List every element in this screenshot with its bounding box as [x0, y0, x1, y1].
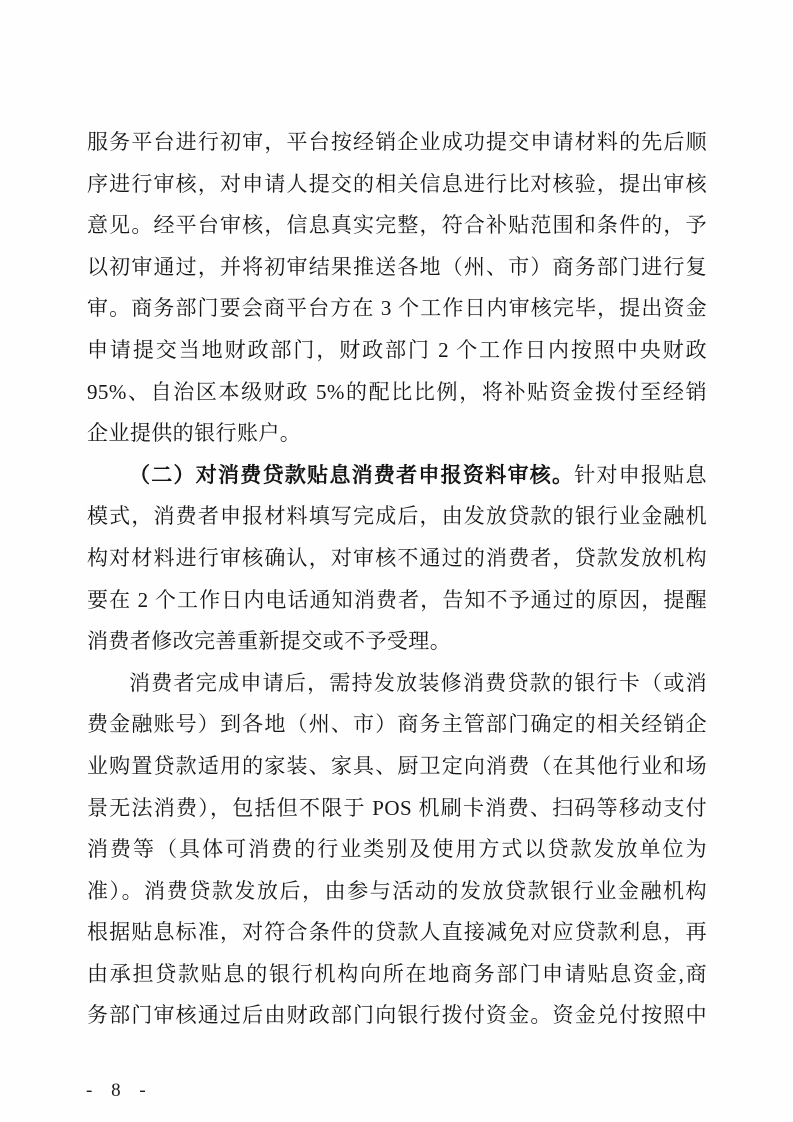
text-line: 消费等（具体可消费的行业类别及使用方式以贷款发放单位为 [87, 829, 707, 871]
text-line: 根据贴息标准，对符合条件的贷款人直接减免对应贷款利息，再 [87, 912, 707, 954]
body-text: 准）。消费贷款发放后，由参与活动的发放贷款银行业金融机构 [87, 879, 707, 903]
body-text: 务部门审核通过后由财政部门向银行拨付资金。资金兑付按照中 [87, 1003, 707, 1027]
body-text: 消费等（具体可消费的行业类别及使用方式以贷款发放单位为 [87, 837, 707, 861]
text-line: 业购置贷款适用的家装、家具、厨卫定向消费（在其他行业和场 [87, 746, 707, 788]
body-text: 以初审通过，并将初审结果推送各地（州、市）商务部门进行复 [87, 255, 707, 279]
body-text: 由承担贷款贴息的银行机构向所在地商务部门申请贴息资金,商 [87, 962, 707, 986]
text-line: 准）。消费贷款发放后，由参与活动的发放贷款银行业金融机构 [87, 871, 707, 913]
text-line: 序进行审核，对申请人提交的相关信息进行比对核验，提出审核 [87, 164, 707, 206]
text-line: 要在 2 个工作日内电话通知消费者，告知不予通过的原因，提醒 [87, 580, 707, 622]
text-line: 申请提交当地财政部门，财政部门 2 个工作日内按照中央财政 [87, 330, 707, 372]
text-block: 服务平台进行初审，平台按经销企业成功提交申请材料的先后顺序进行审核，对申请人提交… [87, 122, 707, 1037]
text-line: 构对材料进行审核确认，对审核不通过的消费者，贷款发放机构 [87, 538, 707, 580]
text-line: 模式，消费者申报材料填写完成后，由发放贷款的银行业金融机 [87, 496, 707, 538]
text-line: 企业提供的银行账户。 [87, 413, 707, 455]
text-line: 由承担贷款贴息的银行机构向所在地商务部门申请贴息资金,商 [87, 954, 707, 996]
body-text: 审。商务部门要会商平台方在 3 个工作日内审核完毕，提出资金 [87, 296, 707, 320]
text-line: 费金融账号）到各地（州、市）商务主管部门确定的相关经销企 [87, 704, 707, 746]
body-text: 序进行审核，对申请人提交的相关信息进行比对核验，提出审核 [87, 172, 707, 196]
body-text: 95%、自治区本级财政 5%的配比比例，将补贴资金拨付至经销 [87, 380, 707, 404]
text-line: 消费者修改完善重新提交或不予受理。 [87, 621, 707, 663]
body-text: 景无法消费），包括但不限于 POS 机刷卡消费、扫码等移动支付 [87, 796, 707, 820]
body-text: 费金融账号）到各地（州、市）商务主管部门确定的相关经销企 [87, 712, 707, 736]
text-line: 以初审通过，并将初审结果推送各地（州、市）商务部门进行复 [87, 247, 707, 289]
text-line: 审。商务部门要会商平台方在 3 个工作日内审核完毕，提出资金 [87, 288, 707, 330]
heading-text: （二）对消费贷款贴息消费者申报资料审核。 [129, 463, 574, 487]
body-text: 构对材料进行审核确认，对审核不通过的消费者，贷款发放机构 [87, 546, 707, 570]
body-text: 企业提供的银行账户。 [87, 421, 301, 445]
text-line: （二）对消费贷款贴息消费者申报资料审核。针对申报贴息 [87, 455, 707, 497]
body-text: 消费者完成申请后，需持发放装修消费贷款的银行卡（或消 [129, 671, 707, 695]
body-text: 针对申报贴息 [574, 463, 707, 487]
text-line: 景无法消费），包括但不限于 POS 机刷卡消费、扫码等移动支付 [87, 788, 707, 830]
text-line: 意见。经平台审核，信息真实完整，符合补贴范围和条件的，予 [87, 205, 707, 247]
body-text: 申请提交当地财政部门，财政部门 2 个工作日内按照中央财政 [87, 338, 707, 362]
text-line: 务部门审核通过后由财政部门向银行拨付资金。资金兑付按照中 [87, 995, 707, 1037]
body-text: 模式，消费者申报材料填写完成后，由发放贷款的银行业金融机 [87, 504, 707, 528]
text-line: 服务平台进行初审，平台按经销企业成功提交申请材料的先后顺 [87, 122, 707, 164]
body-text: 要在 2 个工作日内电话通知消费者，告知不予通过的原因，提醒 [87, 588, 707, 612]
body-text: 意见。经平台审核，信息真实完整，符合补贴范围和条件的，予 [87, 213, 707, 237]
text-line: 95%、自治区本级财政 5%的配比比例，将补贴资金拨付至经销 [87, 372, 707, 414]
body-text: 服务平台进行初审，平台按经销企业成功提交申请材料的先后顺 [87, 130, 707, 154]
body-text: 业购置贷款适用的家装、家具、厨卫定向消费（在其他行业和场 [87, 754, 707, 778]
page-number: - 8 - [86, 1080, 153, 1102]
body-text: 根据贴息标准，对符合条件的贷款人直接减免对应贷款利息，再 [87, 920, 707, 944]
body-text: 消费者修改完善重新提交或不予受理。 [87, 629, 451, 653]
document-page: 服务平台进行初审，平台按经销企业成功提交申请材料的先后顺序进行审核，对申请人提交… [0, 0, 793, 1122]
text-line: 消费者完成申请后，需持发放装修消费贷款的银行卡（或消 [87, 663, 707, 705]
